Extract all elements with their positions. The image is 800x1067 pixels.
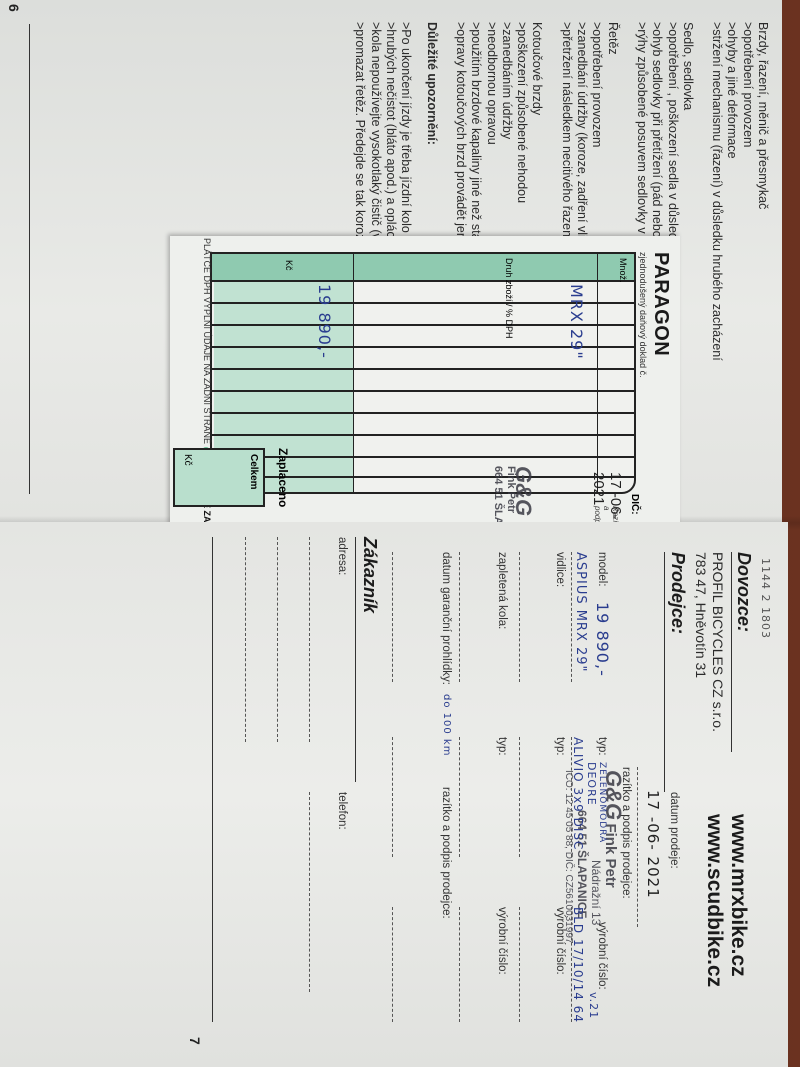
link-mrxbike[interactable]: www.mrxbike.cz	[726, 814, 750, 977]
field-label-type: typ:	[596, 737, 608, 756]
customer-address-line[interactable]	[277, 537, 278, 742]
paid-label: Zaplaceno	[276, 448, 290, 507]
list-item: >opotřebení provozem	[739, 22, 754, 361]
field-label-inspection-stamp: razítko a podpis prodejce:	[440, 787, 452, 919]
total-label: Celkem	[248, 454, 259, 490]
customer-phone-line[interactable]	[309, 792, 310, 992]
column-price: Kč	[284, 260, 294, 271]
field-value-shifting[interactable]: ALIVIO 3x9 DISC	[571, 737, 585, 850]
field-value-inspection[interactable]: do 100 km	[441, 694, 452, 756]
field-value-serial[interactable]: v.21	[587, 992, 600, 1019]
field-label-fork-serial: výrobní číslo:	[554, 907, 566, 975]
seller-heading: Prodejce:	[667, 552, 688, 634]
page-number: 7	[187, 1037, 203, 1045]
field-label-fork: vidlice:	[554, 552, 566, 587]
field-value-frame[interactable]: ASPIUS MRX 29"	[573, 552, 588, 673]
column-qty: Množ.	[618, 258, 628, 283]
field-label-wheels-serial: výrobní číslo:	[496, 907, 508, 975]
footer-rule	[29, 24, 30, 494]
field-label-fork-type: typ:	[554, 737, 566, 756]
field-value-frame-serial[interactable]: BLD 17/10/14 64	[571, 907, 585, 1023]
footer-rule	[212, 537, 213, 1022]
total-currency: Kč	[182, 454, 193, 466]
serial-note: 1144 2 1803	[759, 558, 772, 639]
customer-address-line[interactable]	[245, 537, 246, 742]
field-label-model: model:	[596, 552, 608, 587]
field-value-derailleur[interactable]: DEORE	[585, 762, 598, 806]
customer-address-label: adresa:	[336, 537, 348, 575]
paragon-receipt: PARAGON zjednodušený daňový doklad č. Mn…	[170, 236, 680, 526]
sale-date-label: datum prodeje:	[668, 792, 680, 869]
section-title: Brzdy, řazení, měnič a přesmykač	[755, 22, 770, 361]
receipt-table-header	[212, 254, 634, 280]
customer-heading: Zákazník	[359, 537, 380, 613]
section-title: Sedlo, sedlovka	[680, 22, 695, 361]
photo-stage: Brzdy, řazení, měnič a přesmykač >opotře…	[0, 0, 800, 1067]
importer-name: PROFIL BICYCLES CZ s.r.o.	[709, 552, 726, 732]
item-price: 19 890,-	[315, 284, 334, 359]
list-item: >stržení mechanismu (řazení) v důsledku …	[709, 22, 724, 361]
customer-phone-label: telefon:	[336, 792, 348, 830]
receipt-title: PARAGON	[649, 252, 672, 356]
field-label-wheels-type: typ:	[496, 737, 508, 756]
sale-date: 17 -06- 2021	[644, 790, 662, 899]
receipt-table: Množ. Druh zboží / % DPH Kč MRX 29" 19 8…	[210, 252, 636, 494]
right-page: 1144 2 1803 Dovozce: PROFIL BICYCLES CZ …	[0, 522, 788, 1067]
field-value-model[interactable]: 19 890,-	[593, 602, 612, 677]
field-label-serial: výrobní číslo:	[596, 922, 608, 990]
dic-label: DIČ:	[629, 494, 640, 515]
item-name: MRX 29"	[567, 284, 586, 360]
field-label-inspection: datum garanční prohlídky:	[440, 552, 452, 685]
page-number: 6	[6, 4, 22, 12]
footer-vat-note: PLÁTCE DPH VYPLNÍ ÚDAJE NA ZADNÍ STRANĚ	[202, 238, 212, 444]
field-label-wheels: zapletená kola:	[496, 552, 508, 629]
field-value-color[interactable]: ZELENOMODRÁ	[597, 762, 607, 843]
list-item: >ohyby a jiné deformace	[724, 22, 739, 361]
link-scudbike[interactable]: www.scudbike.cz	[702, 814, 726, 987]
customer-address-line[interactable]	[309, 537, 310, 742]
importer-heading: Dovozce:	[733, 552, 754, 632]
total-box: Celkem Kč	[173, 448, 265, 507]
receipt-subtitle: zjednodušený daňový doklad č.	[638, 252, 648, 378]
column-item: Druh zboží / % DPH	[504, 258, 514, 339]
importer-address: 783 47, Hněvotín 31	[692, 552, 709, 678]
